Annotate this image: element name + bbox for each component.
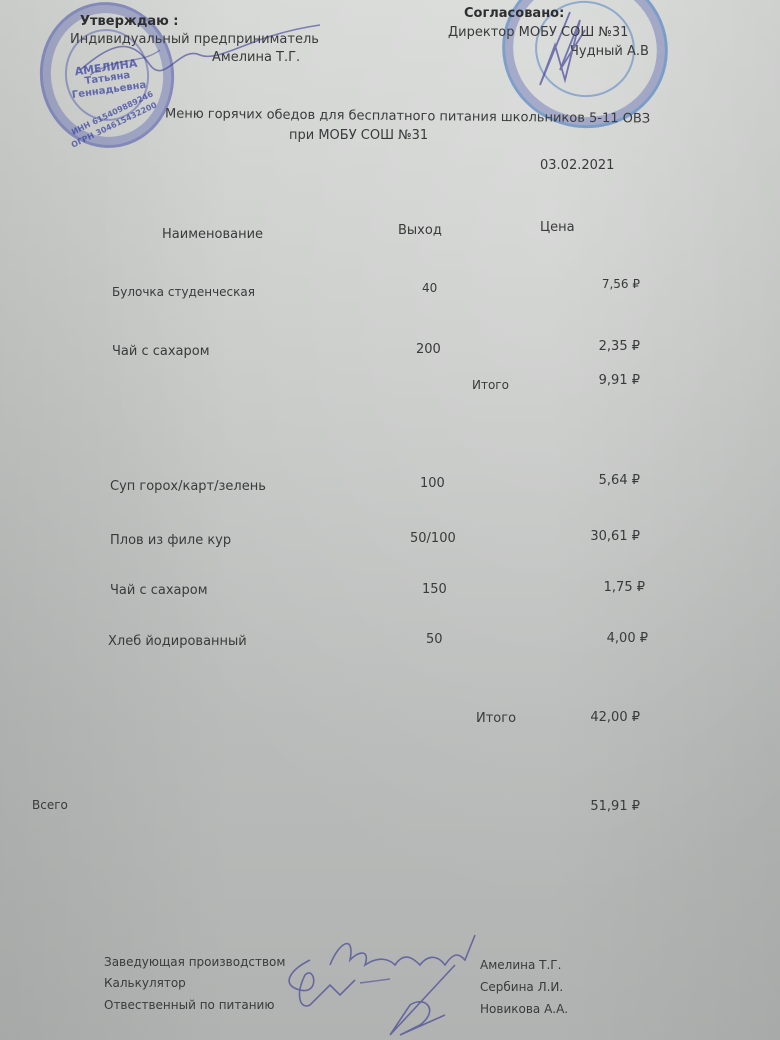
item-name: Булочка студенческая xyxy=(112,284,255,300)
item-price: 5,64 ₽ xyxy=(560,473,640,489)
item-yield: 150 xyxy=(422,582,447,598)
item-yield: 40 xyxy=(422,280,437,296)
document-date: 03.02.2021 xyxy=(540,158,614,174)
item-name: Плов из филе кур xyxy=(110,533,231,549)
subtotal-label: Итого xyxy=(472,377,509,393)
signature-name: Сербина Л.И. xyxy=(480,979,563,995)
signature-role: Калькулятор xyxy=(104,975,186,991)
item-yield: 200 xyxy=(416,342,441,358)
paper-lighting xyxy=(0,0,780,1040)
column-header-price: Цена xyxy=(540,220,575,236)
subtotal-value: 42,00 ₽ xyxy=(560,710,640,726)
signature-name: Амелина Т.Г. xyxy=(480,957,561,973)
item-yield: 50/100 xyxy=(410,531,456,547)
total-value: 51,91 ₽ xyxy=(560,799,640,815)
item-name: Чай с сахаром xyxy=(112,344,210,360)
agreement-heading: Согласовано: xyxy=(464,6,564,22)
nutrition-officer-signature xyxy=(370,965,470,1040)
item-name: Хлеб йодированный xyxy=(108,634,247,650)
column-header-yield: Выход xyxy=(398,223,442,239)
agreement-name: Чудный А.В xyxy=(570,44,649,60)
subtotal-value: 9,91 ₽ xyxy=(560,373,640,389)
item-yield: 100 xyxy=(420,476,445,492)
approval-heading: Утверждаю : xyxy=(80,14,178,30)
item-price: 7,56 ₽ xyxy=(560,276,640,292)
item-price: 4,00 ₽ xyxy=(560,631,648,647)
item-yield: 50 xyxy=(426,632,443,648)
approval-name: Амелина Т.Г. xyxy=(212,50,300,66)
signature-name: Новикова А.А. xyxy=(480,1001,568,1017)
item-price: 1,75 ₽ xyxy=(560,580,645,596)
subtotal-label: Итого xyxy=(476,711,516,727)
signature-role: Отвественный по питанию xyxy=(104,997,274,1013)
item-name: Суп горох/карт/зелень xyxy=(110,479,266,495)
agreement-position: Директор МОБУ СОШ №31 xyxy=(448,25,628,41)
item-price: 2,35 ₽ xyxy=(560,339,640,355)
total-label: Всего xyxy=(32,797,68,813)
item-price: 30,61 ₽ xyxy=(560,529,640,545)
column-header-name: Наименование xyxy=(162,227,263,243)
document-subtitle: при МОБУ СОШ №31 xyxy=(289,128,428,144)
signature-role: Заведующая производством xyxy=(104,954,285,970)
item-name: Чай с сахаром xyxy=(110,583,208,599)
approval-position: Индивидуальный предприниматель xyxy=(70,32,319,48)
